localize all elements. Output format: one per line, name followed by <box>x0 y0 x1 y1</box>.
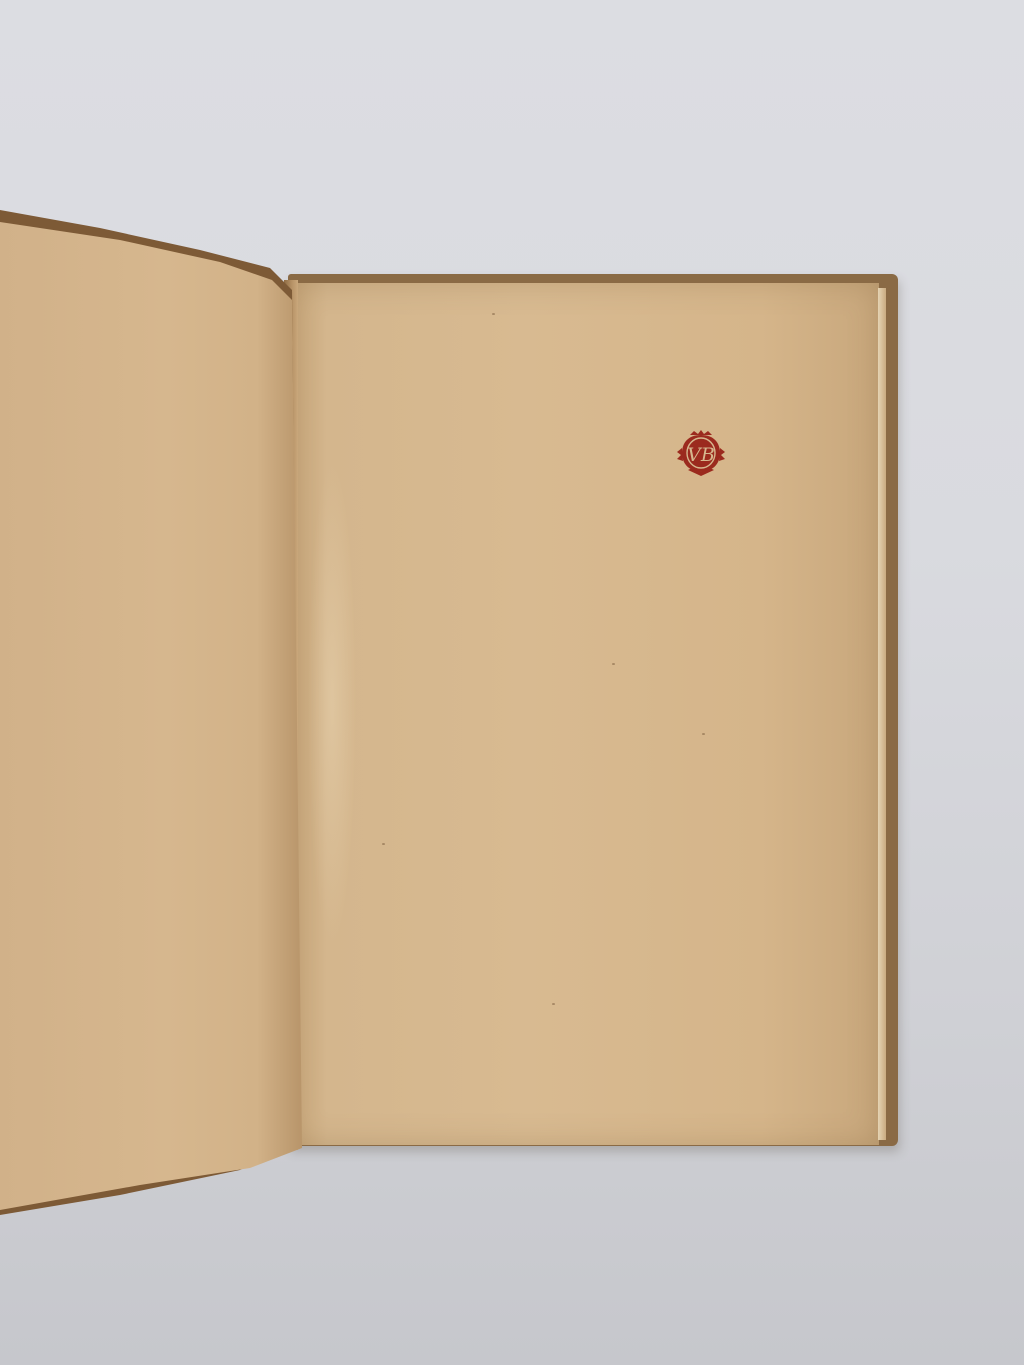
left-page <box>0 0 302 1365</box>
right-page <box>292 283 879 1145</box>
photo-scene: VB <box>0 0 1024 1365</box>
page-block-edge <box>878 288 886 1140</box>
svg-text:VB: VB <box>687 444 715 466</box>
publisher-monogram-icon: VB <box>674 428 728 478</box>
left-page-group <box>0 0 320 1365</box>
